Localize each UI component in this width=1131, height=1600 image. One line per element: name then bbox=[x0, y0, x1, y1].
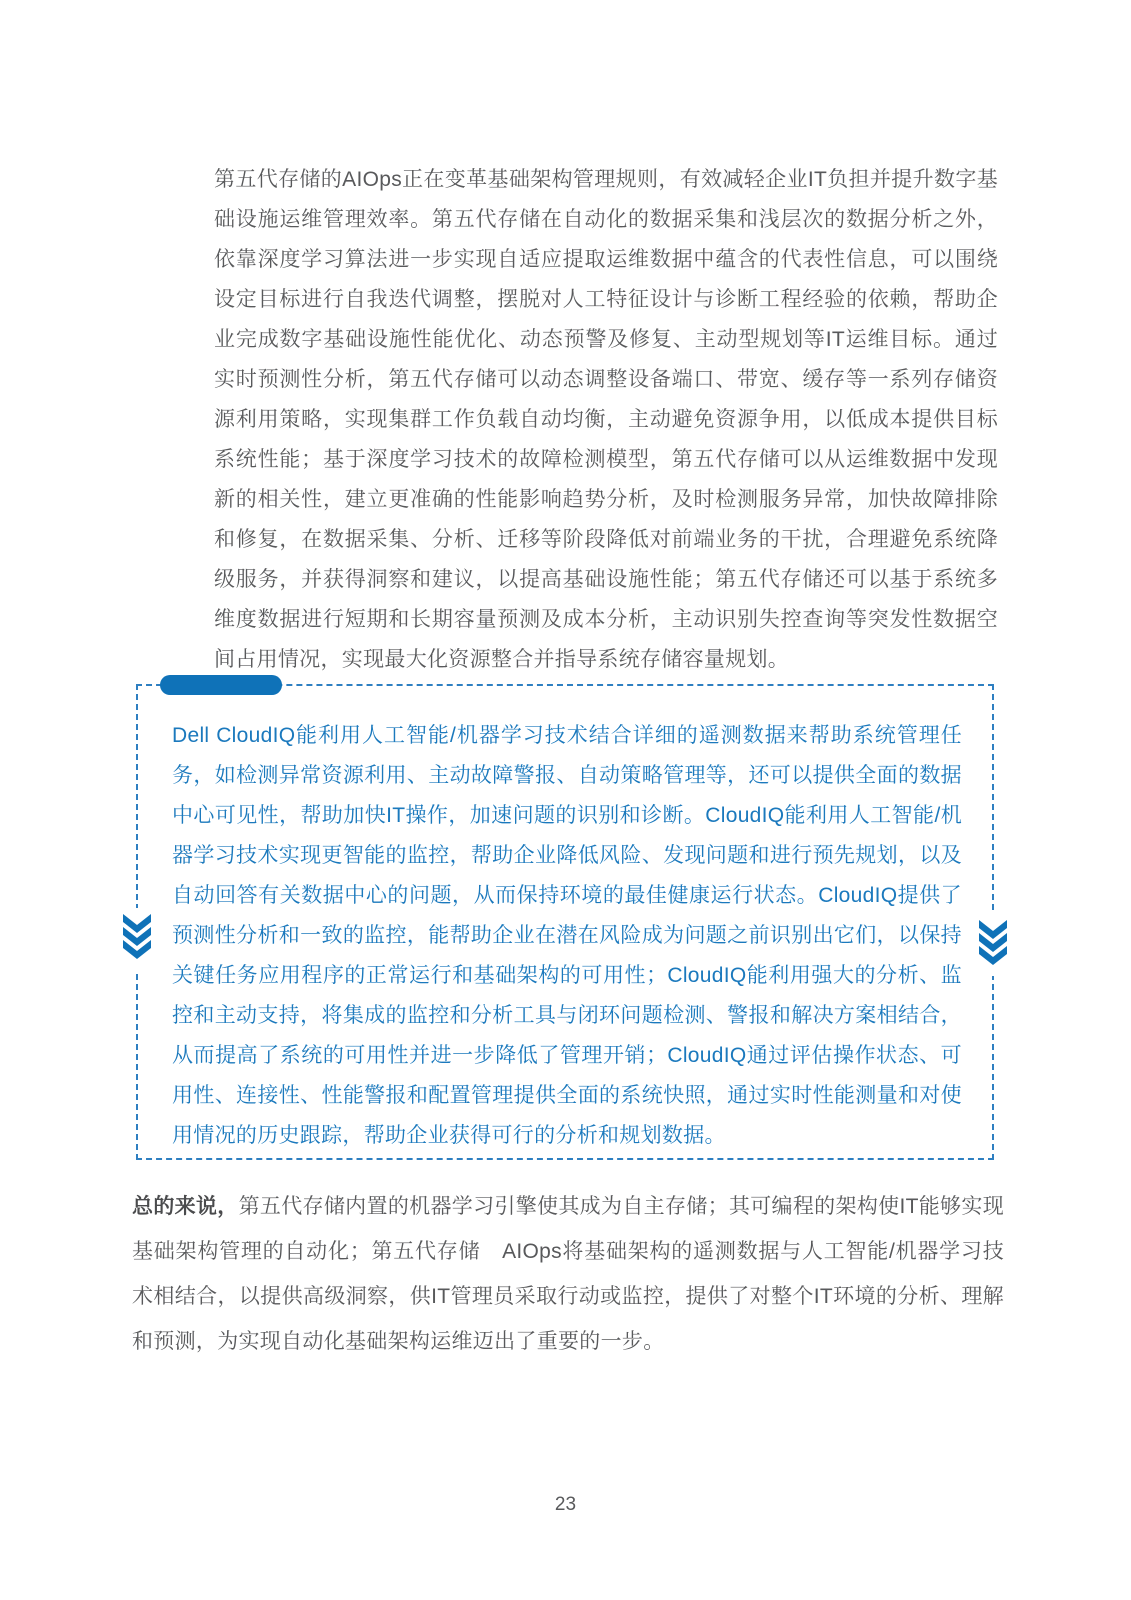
chevron-down-icon bbox=[977, 914, 1009, 976]
page-number: 23 bbox=[0, 1494, 1131, 1516]
document-page: 第五代存储的AIOps正在变革基础架构管理规则，有效减轻企业IT负担并提升数字基… bbox=[0, 0, 1131, 1600]
closing-paragraph-body: 第五代存储内置的机器学习引擎使其成为自主存储；其可编程的架构使IT能够实现基础架… bbox=[132, 1195, 1004, 1353]
intro-paragraph: 第五代存储的AIOps正在变革基础架构管理规则，有效减轻企业IT负担并提升数字基… bbox=[214, 160, 998, 680]
closing-paragraph: 总的来说，第五代存储内置的机器学习引擎使其成为自主存储；其可编程的架构使IT能够… bbox=[132, 1184, 1004, 1364]
closing-paragraph-lead: 总的来说， bbox=[132, 1195, 239, 1218]
callout-accent-bar bbox=[160, 675, 282, 695]
chevron-down-icon bbox=[121, 908, 153, 970]
callout-text: Dell CloudIQ能利用人工智能/机器学习技术结合详细的遥测数据来帮助系统… bbox=[172, 716, 962, 1156]
callout-box: Dell CloudIQ能利用人工智能/机器学习技术结合详细的遥测数据来帮助系统… bbox=[136, 684, 994, 1160]
